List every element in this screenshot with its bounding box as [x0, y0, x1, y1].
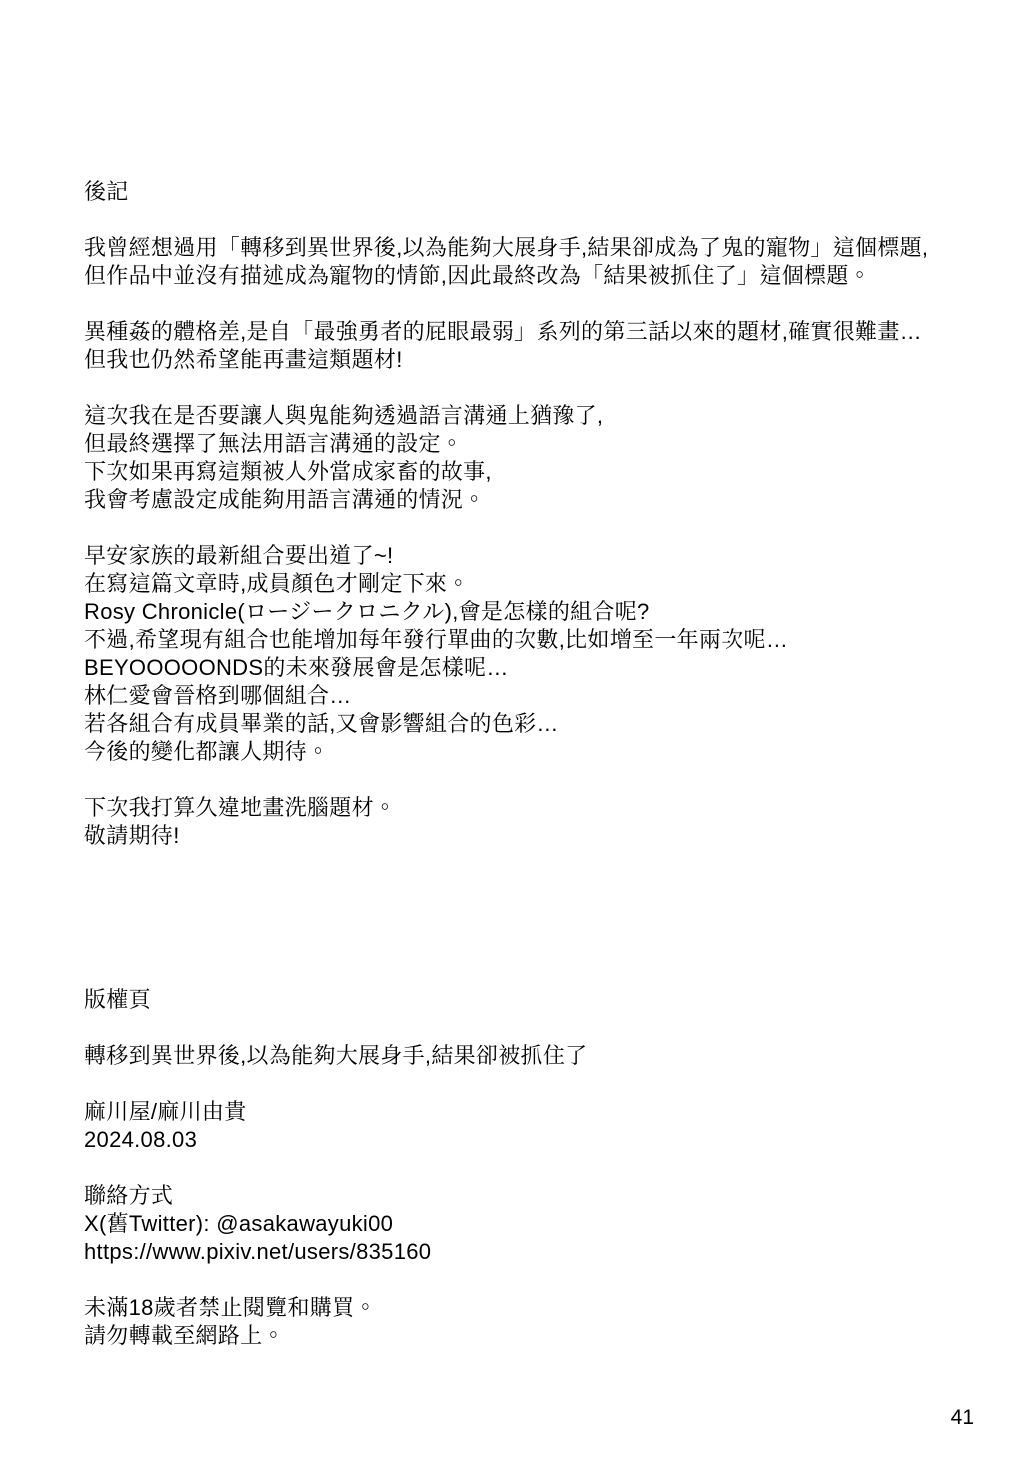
afterword-paragraph-5: 下次我打算久違地畫洗腦題材。 敬請期待! [84, 794, 928, 850]
afterword-section: 後記 我曾經想過用「轉移到異世界後,以為能夠大展身手,結果卻成為了鬼的寵物」這個… [84, 178, 928, 850]
page-number: 41 [951, 1407, 974, 1429]
text-line: 異種姦的體格差,是自「最強勇者的屁眼最弱」系列的第三話以來的題材,確實很難畫… [84, 318, 928, 346]
text-line: 早安家族的最新組合要出道了~! [84, 542, 928, 570]
text-line: 我會考慮設定成能夠用語言溝通的情況。 [84, 486, 928, 514]
author-block: 麻川屋/麻川由貴 2024.08.03 [84, 1098, 587, 1154]
text-line: 敬請期待! [84, 822, 928, 850]
text-line: 這次我在是否要讓人與鬼能夠透過語言溝通上猶豫了, [84, 402, 928, 430]
age-restriction-notice: 未滿18歲者禁止閱覽和購買。 [84, 1294, 587, 1322]
text-line: 下次我打算久違地畫洗腦題材。 [84, 794, 928, 822]
text-line: 下次如果再寫這類被人外當成家畜的故事, [84, 458, 928, 486]
colophon-section: 版權頁 轉移到異世界後,以為能夠大展身手,結果卻被抓住了 麻川屋/麻川由貴 20… [84, 986, 587, 1350]
contact-block: 聯絡方式 X(舊Twitter): @asakawayuki00 https:/… [84, 1182, 587, 1266]
text-line: 林仁愛會晉格到哪個組合… [84, 682, 928, 710]
text-line: 不過,希望現有組合也能增加每年發行單曲的次數,比如增至一年兩次呢… [84, 626, 928, 654]
text-line: BEYOOOOONDS的未來發展會是怎樣呢… [84, 654, 928, 682]
afterword-paragraph-2: 異種姦的體格差,是自「最強勇者的屁眼最弱」系列的第三話以來的題材,確實很難畫… … [84, 318, 928, 374]
text-line: Rosy Chronicle(ロージークロニクル),會是怎樣的組合呢? [84, 598, 928, 626]
work-title: 轉移到異世界後,以為能夠大展身手,結果卻被抓住了 [84, 1042, 587, 1070]
text-line: 我曾經想過用「轉移到異世界後,以為能夠大展身手,結果卻成為了鬼的寵物」這個標題, [84, 234, 928, 262]
contact-twitter: X(舊Twitter): @asakawayuki00 [84, 1210, 587, 1238]
text-line: 但我也仍然希望能再畫這類題材! [84, 346, 928, 374]
afterword-paragraph-3: 這次我在是否要讓人與鬼能夠透過語言溝通上猶豫了, 但最終選擇了無法用語言溝通的設… [84, 402, 928, 514]
document-page: 後記 我曾經想過用「轉移到異世界後,以為能夠大展身手,結果卻成為了鬼的寵物」這個… [0, 0, 1032, 1457]
text-line: 今後的變化都讓人期待。 [84, 738, 928, 766]
afterword-title: 後記 [84, 178, 928, 206]
text-line: 但最終選擇了無法用語言溝通的設定。 [84, 430, 928, 458]
text-line: 在寫這篇文章時,成員顏色才剛定下來。 [84, 570, 928, 598]
notice-block: 未滿18歲者禁止閱覽和購買。 請勿轉載至網路上。 [84, 1294, 587, 1350]
contact-heading: 聯絡方式 [84, 1182, 587, 1210]
text-line: 但作品中並沒有描述成為寵物的情節,因此最終改為「結果被抓住了」這個標題。 [84, 262, 928, 290]
text-line: 若各組合有成員畢業的話,又會影響組合的色彩… [84, 710, 928, 738]
release-date: 2024.08.03 [84, 1126, 587, 1154]
contact-pixiv-url: https://www.pixiv.net/users/835160 [84, 1238, 587, 1266]
colophon-title: 版權頁 [84, 986, 587, 1014]
afterword-paragraph-4: 早安家族的最新組合要出道了~! 在寫這篇文章時,成員顏色才剛定下來。 Rosy … [84, 542, 928, 766]
afterword-paragraph-1: 我曾經想過用「轉移到異世界後,以為能夠大展身手,結果卻成為了鬼的寵物」這個標題,… [84, 234, 928, 290]
author-name: 麻川屋/麻川由貴 [84, 1098, 587, 1126]
no-repost-notice: 請勿轉載至網路上。 [84, 1322, 587, 1350]
